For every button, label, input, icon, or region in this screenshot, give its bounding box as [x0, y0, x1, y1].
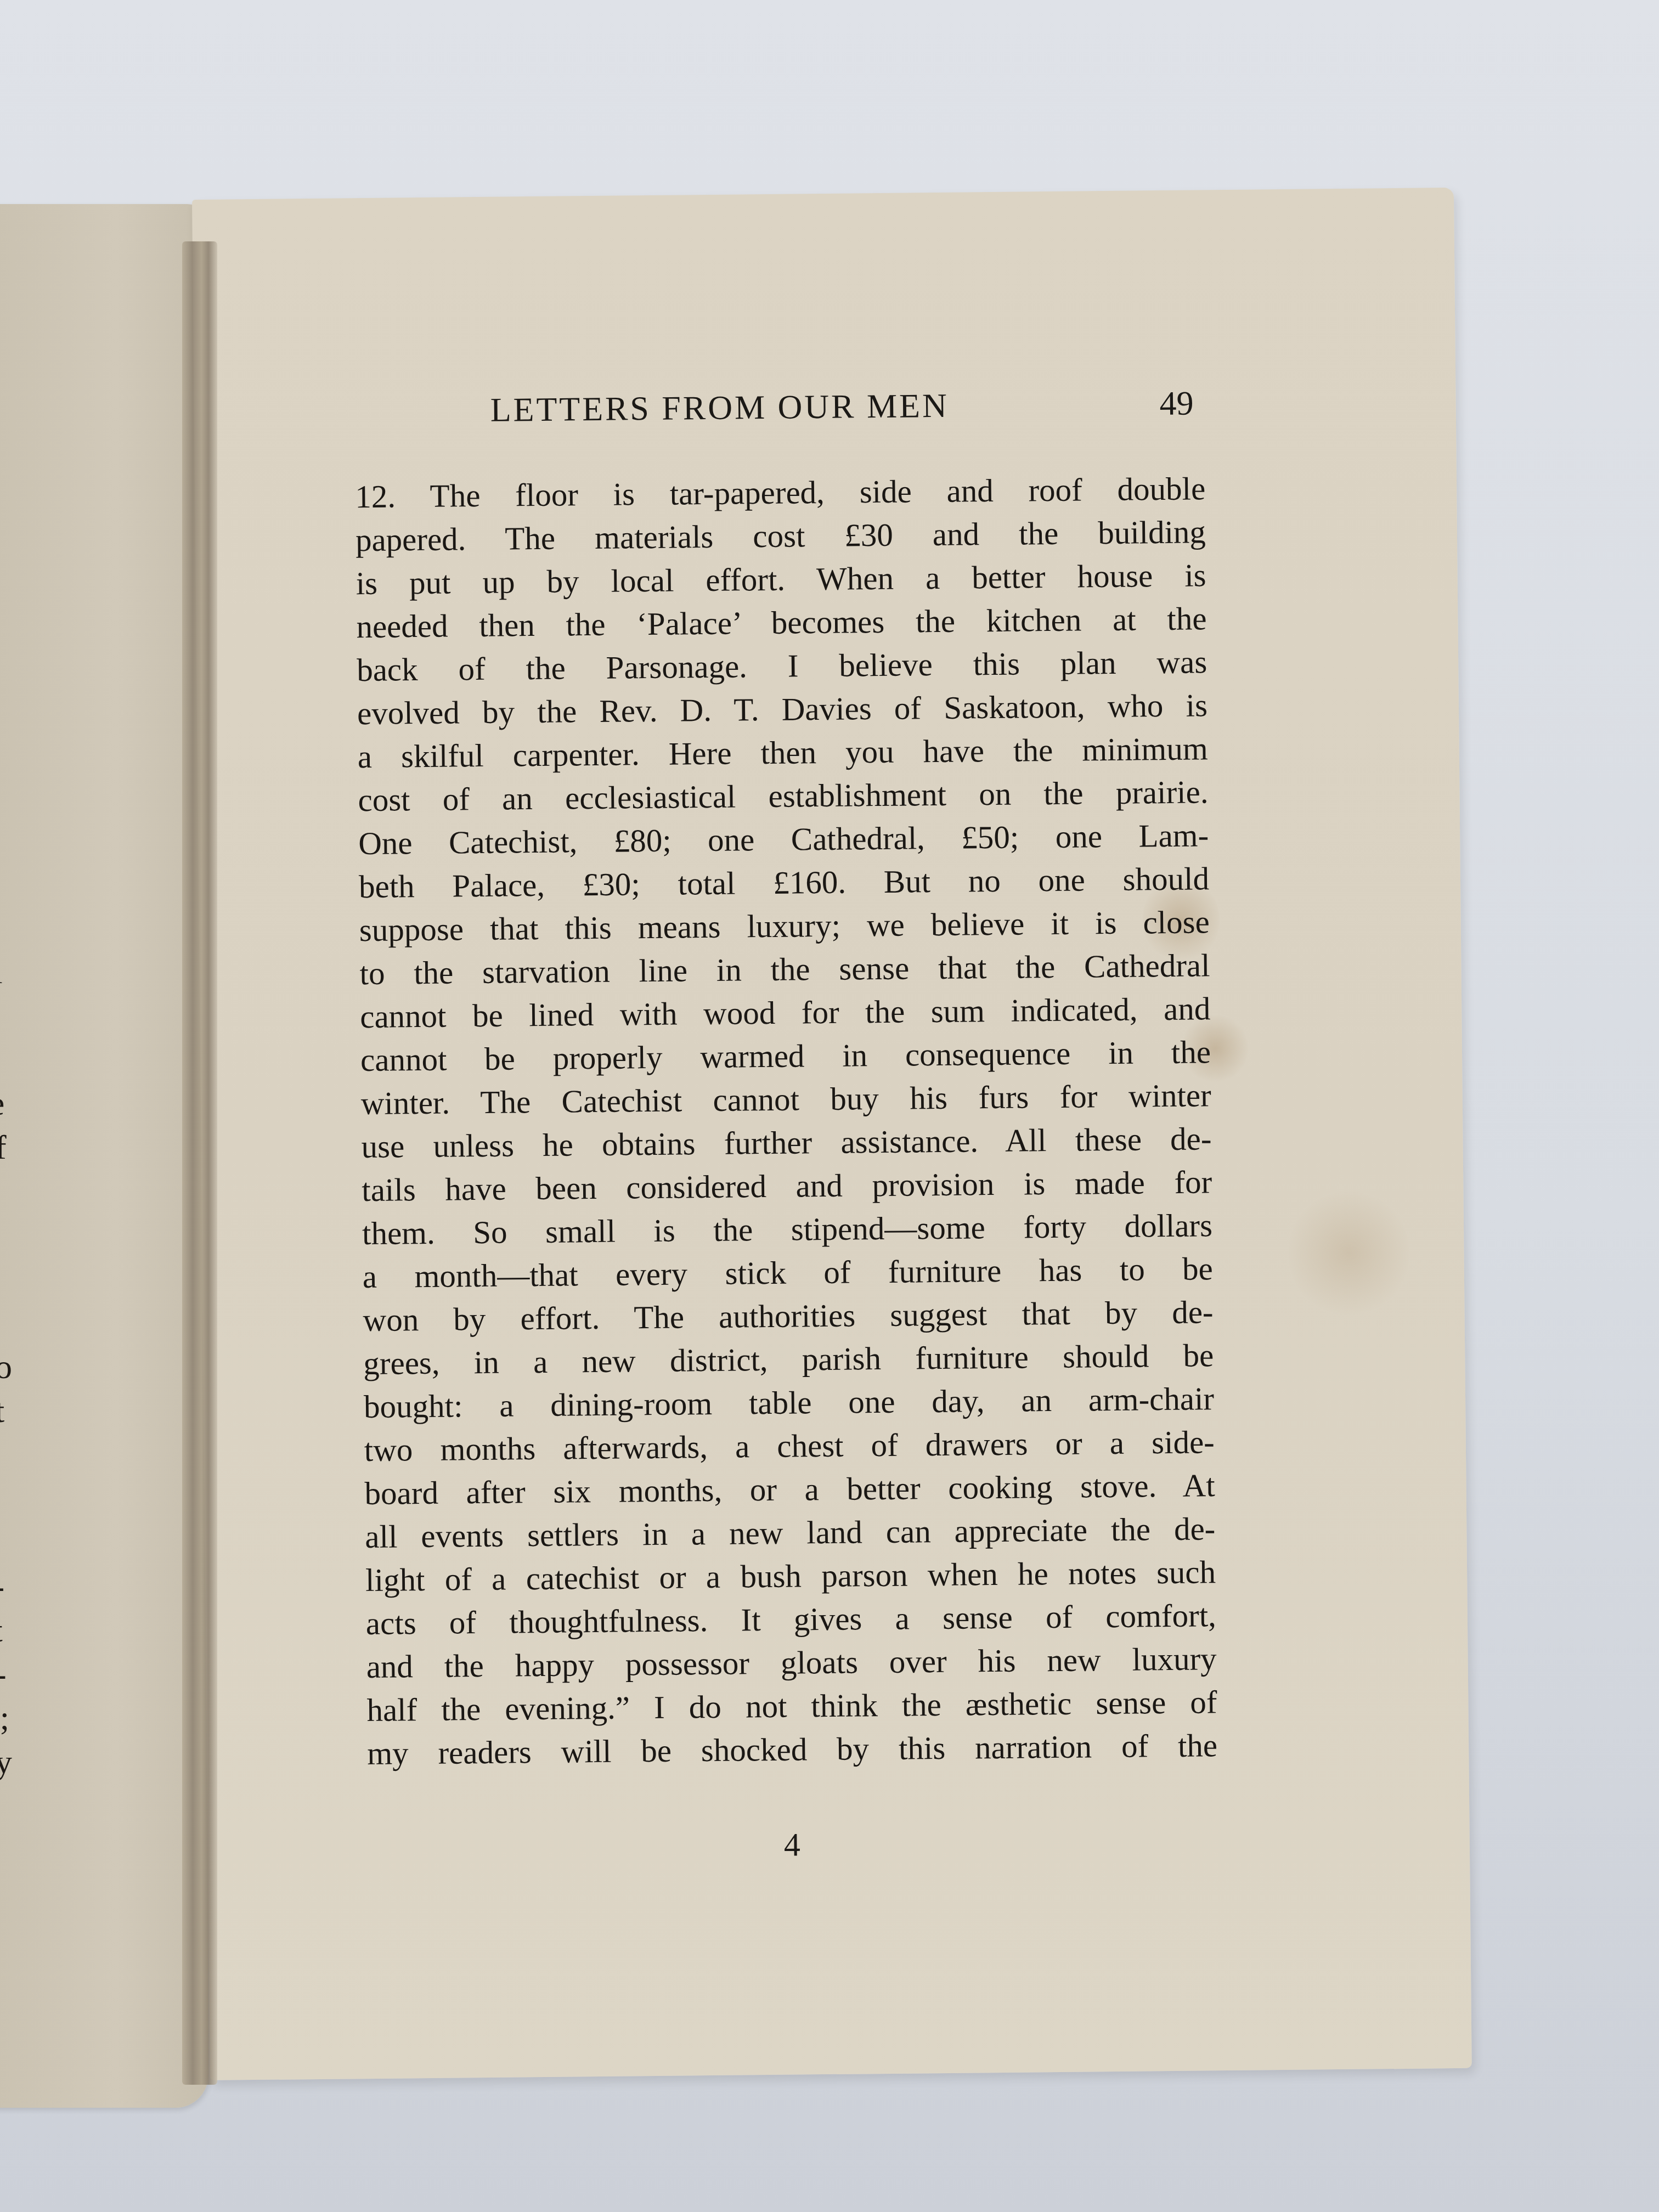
- text-line: cannot be properly warmed in consequence…: [360, 1030, 1211, 1082]
- text-line: a month—that every stick of furniture ha…: [362, 1247, 1213, 1299]
- text-line: two months afterwards, a chest of drawer…: [364, 1420, 1215, 1472]
- left-page: s - s s e t , f - r, al y n re of o y is…: [0, 204, 208, 2108]
- left-fragment: al: [0, 953, 3, 992]
- text-line: evolved by the Rev. D. T. Davies of Sask…: [357, 684, 1208, 735]
- left-fragment: s ;: [0, 1699, 9, 1738]
- text-line: them. So small is the stipend—some forty…: [362, 1204, 1213, 1255]
- left-fragment: oo: [0, 1348, 12, 1387]
- text-line: needed then the ‘Palace’ becomes the kit…: [356, 597, 1207, 648]
- left-fragment: is: [0, 1260, 1, 1299]
- text-line: to the starvation line in the sense that…: [359, 944, 1210, 995]
- text-line: tails have been considered and provision…: [362, 1160, 1212, 1212]
- text-line: cannot be lined with wood for the sum in…: [360, 987, 1211, 1039]
- running-head: LETTERS FROM OUR MEN: [490, 387, 949, 430]
- text-line: back of the Parsonage. I believe this pl…: [357, 640, 1207, 692]
- text-line: and the happy possessor gloats over his …: [366, 1637, 1217, 1689]
- left-fragment: ot: [0, 1392, 4, 1431]
- body-text: 12. The floor is tar-papered, side and r…: [355, 467, 1218, 1775]
- text-line: all events settlers in a new land can ap…: [365, 1507, 1216, 1559]
- text-line: cost of an ecclesiastical establishment …: [358, 770, 1209, 822]
- text-line: is put up by local effort. When a better…: [356, 554, 1206, 605]
- left-fragment: oy: [0, 1743, 12, 1782]
- text-line: 12. The floor is tar-papered, side and r…: [355, 467, 1206, 518]
- left-page-text-edge: s - s s e t , f - r, al y n re of o y is…: [0, 204, 22, 2108]
- text-line: board after six months, or a better cook…: [364, 1464, 1215, 1515]
- signature-mark: 4: [784, 1826, 801, 1864]
- text-line: a skilful carpenter. Here then you have …: [357, 727, 1208, 778]
- left-fragment: c-: [0, 1567, 4, 1606]
- text-line: light of a catechist or a bush parson wh…: [365, 1550, 1216, 1602]
- text-line: my readers will be shocked by this narra…: [367, 1724, 1218, 1775]
- left-fragment: n-: [0, 1655, 7, 1694]
- book-spine-gutter: [182, 241, 217, 2085]
- right-page: LETTERS FROM OUR MEN 49 12. The floor is…: [192, 188, 1472, 2080]
- text-line: half the evening.” I do not think the æs…: [366, 1680, 1217, 1732]
- text-line: use unless he obtains further assistance…: [361, 1117, 1212, 1169]
- text-line: grees, in a new district, parish furnitu…: [363, 1334, 1214, 1385]
- text-line: bought: a dining-room table one day, an …: [364, 1377, 1215, 1429]
- left-fragment: at: [0, 1611, 3, 1650]
- text-line: beth Palace, £30; total £160. But no one…: [359, 857, 1210, 909]
- page-number: 49: [1159, 384, 1194, 424]
- text-line: One Catechist, £80; one Cathedral, £50; …: [358, 814, 1209, 865]
- foxing-stain: [1288, 1187, 1409, 1319]
- text-line: suppose that this means luxury; we belie…: [359, 900, 1210, 952]
- left-fragment: of: [0, 1128, 7, 1167]
- text-line: acts of thoughtfulness. It gives a sense…: [366, 1594, 1217, 1645]
- text-line: papered. The materials cost £30 and the …: [356, 510, 1206, 562]
- text-line: winter. The Catechist cannot buy his fur…: [360, 1074, 1211, 1125]
- text-line: won by effort. The authorities suggest t…: [363, 1290, 1214, 1342]
- left-fragment: re: [0, 1085, 4, 1124]
